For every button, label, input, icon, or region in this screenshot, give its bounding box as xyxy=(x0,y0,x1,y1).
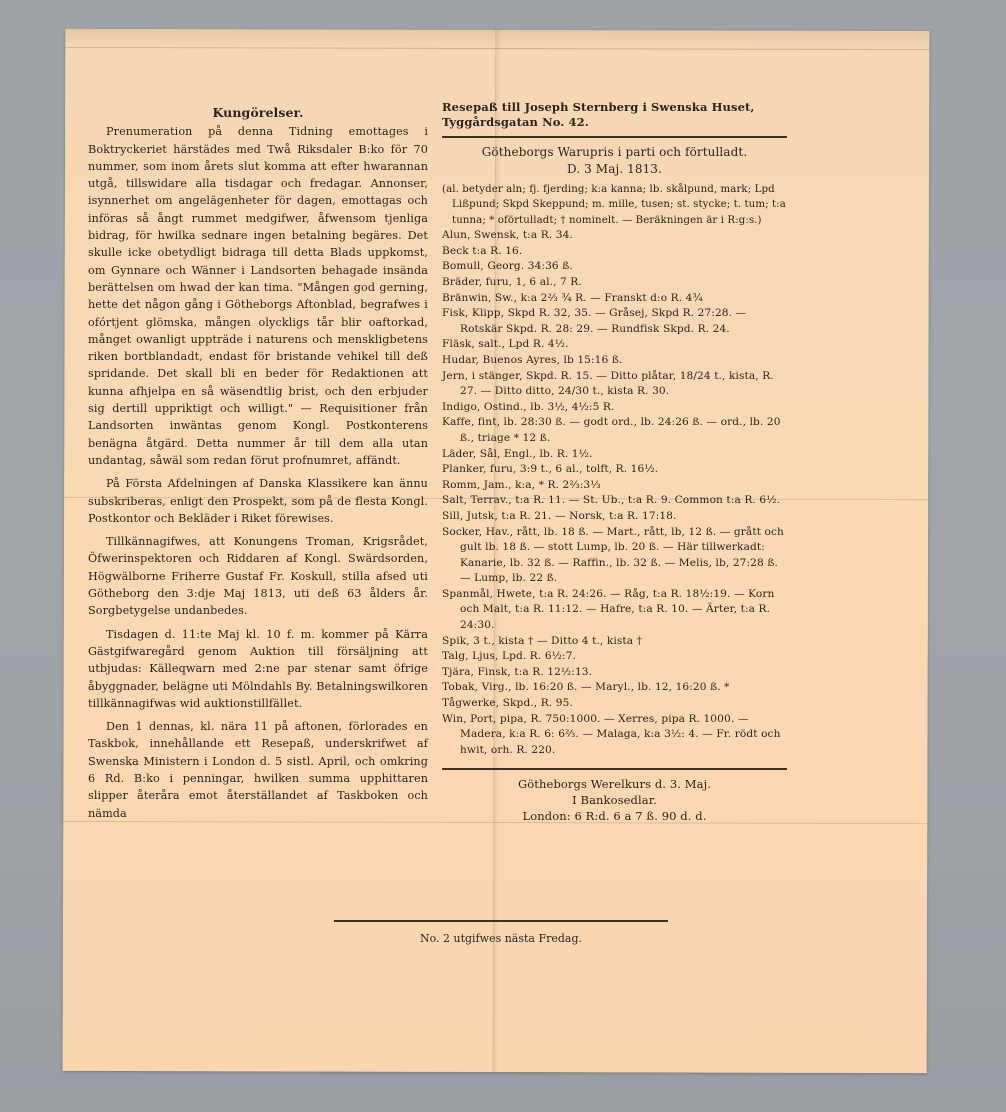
subscription-notice: Prenumeration på denna Tidning emottages… xyxy=(88,123,428,469)
passport-notice: Resepaß till Joseph Sternberg i Swenska … xyxy=(442,100,787,130)
price-item: Beck t:a R. 16. xyxy=(442,244,787,260)
auction-notice: Tisdagen d. 11:te Maj kl. 10 f. m. komme… xyxy=(88,626,428,712)
death-notice: Tillkännagifwes, att Konungens Troman, K… xyxy=(88,533,428,619)
price-item: Hudar, Buenos Ayres, lb 15:16 ß. xyxy=(442,353,787,369)
footer-divider xyxy=(334,920,668,922)
price-item: Spik, 3 t., kista † — Ditto 4 t., kista … xyxy=(442,634,787,650)
price-item: Alun, Swensk, t:a R. 34. xyxy=(442,228,787,244)
price-item: Tågwerke, Skpd., R. 95. xyxy=(442,696,787,712)
price-item: Bränwin, Sw., k:a 2⅔ ¾ R. — Franskt d:o … xyxy=(442,291,787,307)
divider xyxy=(442,136,787,138)
price-item: Kaffe, fint, lb. 28:30 ß. — godt ord., l… xyxy=(442,415,787,446)
top-fold xyxy=(65,29,929,50)
price-item: Spanmål, Hwete, t:a R. 24:26. — Råg, t:a… xyxy=(442,587,787,634)
lost-wallet-notice: Den 1 dennas, kl. nära 11 på aftonen, fö… xyxy=(88,718,428,822)
price-item: Fläsk, salt., Lpd R. 4½. xyxy=(442,337,787,353)
next-issue-notice: No. 2 utgifwes nästa Fredag. xyxy=(334,932,668,945)
abbreviations-legend: (al. betyder aln; fj. fjerding; k:a kann… xyxy=(442,182,787,228)
price-list: Alun, Swensk, t:a R. 34. Beck t:a R. 16.… xyxy=(442,228,787,758)
exchange-subtitle: I Bankosedlar. xyxy=(442,792,787,808)
prices-title: Götheborgs Warupris i parti och förtulla… xyxy=(442,144,787,161)
prices-date: D. 3 Maj. 1813. xyxy=(442,161,787,178)
price-item: Indigo, Ostind., lb. 3½, 4½:5 R. xyxy=(442,400,787,416)
price-item: Sill, Jutsk, t:a R. 21. — Norsk, t:a R. … xyxy=(442,509,787,525)
price-item: Socker, Hav., rått, lb. 18 ß. — Mart., r… xyxy=(442,525,787,587)
price-item: Romm, Jam., k:a, * R. 2⅔:3⅓ xyxy=(442,478,787,494)
price-item: Jern, i stänger, Skpd. R. 15. — Ditto pl… xyxy=(442,369,787,400)
right-column: Resepaß till Joseph Sternberg i Swenska … xyxy=(442,100,787,824)
price-item: Salt, Terrav., t:a R. 11. — St. Ub., t:a… xyxy=(442,493,787,509)
price-item: Tjära, Finsk, t:a R. 12½:13. xyxy=(442,665,787,681)
price-item: Läder, Sål, Engl., lb. R. 1½. xyxy=(442,447,787,463)
price-item: Tobak, Virg., lb. 16:20 ß. — Maryl., lb.… xyxy=(442,680,787,696)
price-item: Win, Port, pipa, R. 750:1000. — Xerres, … xyxy=(442,712,787,759)
exchange-rate-london: London: 6 R:d. 6 a 7 ß. 90 d. d. xyxy=(442,808,787,824)
exchange-title: Götheborgs Werelkurs d. 3. Maj. xyxy=(442,776,787,792)
price-item: Talg, Ljus, Lpd. R. 6½:7. xyxy=(442,649,787,665)
danish-classics-notice: På Första Afdelningen af Danska Klassike… xyxy=(88,475,428,527)
price-item: Fisk, Klipp, Skpd R. 32, 35. — Gråsej, S… xyxy=(442,306,787,337)
price-item: Bräder, furu, 1, 6 al., 7 R. xyxy=(442,275,787,291)
divider xyxy=(442,768,787,770)
announcements-heading: Kungörelser. xyxy=(88,104,428,121)
left-column: Kungörelser. Prenumeration på denna Tidn… xyxy=(88,104,428,828)
price-item: Bomull, Georg. 34:36 ß. xyxy=(442,259,787,275)
price-item: Planker, furu, 3:9 t., 6 al., tolft, R. … xyxy=(442,462,787,478)
